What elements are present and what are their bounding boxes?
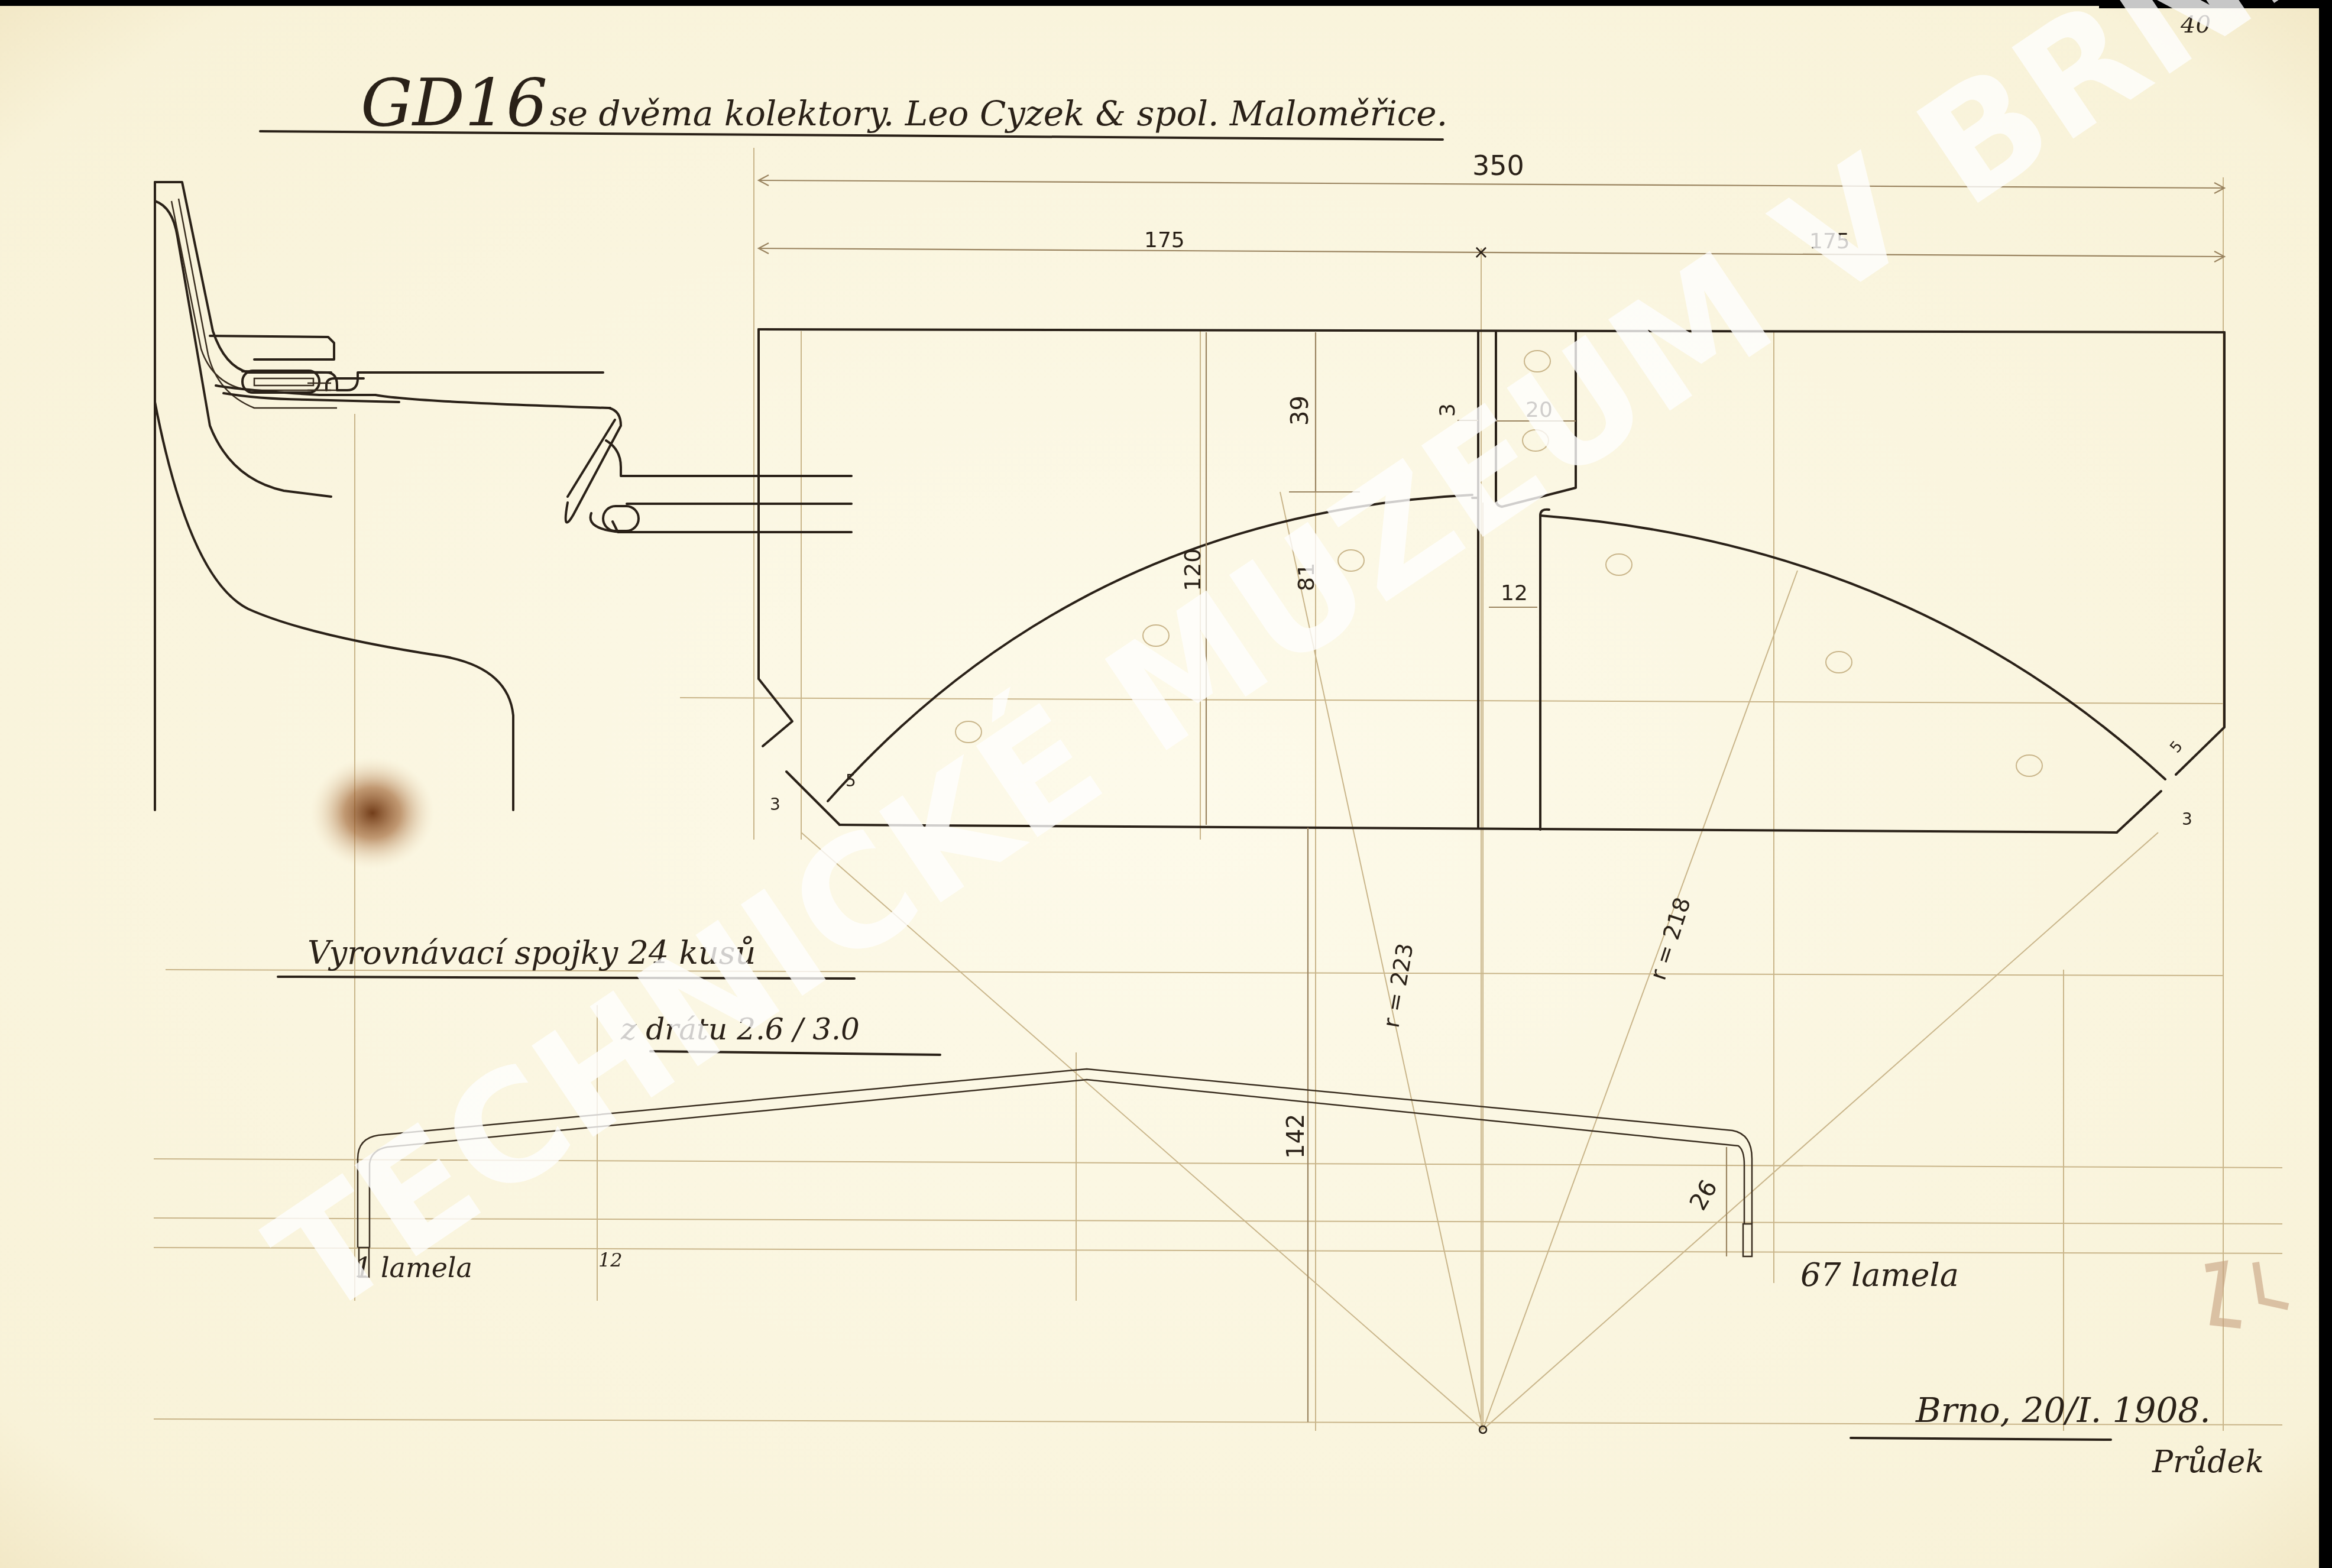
technical-drawing-sheet: GD16 se dvěma kolektory. Leo Cyzek & spo… [0,0,2332,1568]
right-edge-frame [2319,0,2332,1568]
svg-text:5: 5 [846,771,856,791]
svg-text:175: 175 [1144,228,1185,252]
svg-text:3: 3 [2182,809,2192,829]
svg-text:350: 350 [1472,150,1524,182]
title-code: GD16 [361,65,548,141]
svg-text:142: 142 [1282,1114,1310,1159]
lamela-right-label: 67 lamela [1800,1256,1959,1294]
title-text: se dvěma kolektory. Leo Cyzek & spol. Ma… [550,93,1447,134]
svg-text:×: × [1473,241,1489,263]
place-date: Brno, 20/I. 1908. [1915,1390,2211,1430]
svg-text:12: 12 [1501,581,1528,605]
svg-text:3: 3 [770,795,780,814]
signer-name: Průdek [2152,1444,2264,1480]
svg-text:39: 39 [1287,396,1314,426]
rust-stain [310,757,435,869]
lamela-mid-label: 12 [598,1249,623,1271]
